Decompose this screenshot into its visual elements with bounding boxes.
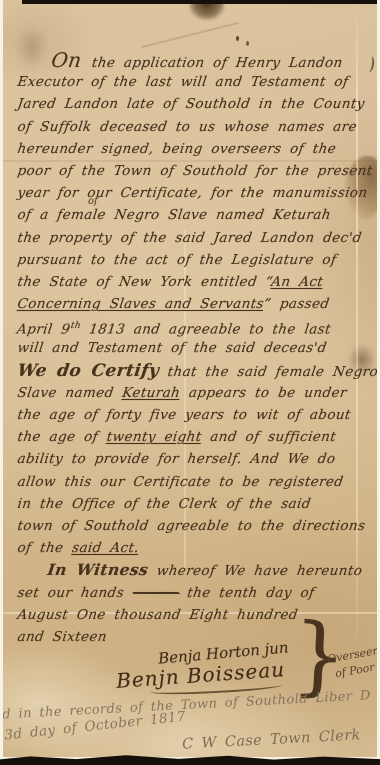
photo-edge-left — [0, 0, 3, 765]
manuscript-line: year for our Certificate, for the manumi… — [16, 182, 377, 204]
manuscript-line: in the Office of the Clerk of the said — [16, 493, 377, 515]
manuscript-line: Slave named Keturah appears to be under — [16, 382, 377, 404]
manuscript-line: set our hands ———— the tenth day of — [16, 582, 377, 604]
manuscript-line: poor of the Town of Southold for the pre… — [16, 160, 377, 182]
manuscript-line: April 9th 1813 and agreeable to the last — [16, 315, 377, 337]
manuscript-line: Executor of the last will and Testament … — [16, 71, 377, 93]
manuscript-line: hereunder signed, being overseers of the — [16, 138, 377, 160]
manuscript-line: pursuant to the act of the Legislature o… — [16, 249, 377, 271]
manuscript-line: We do Certify that the said female Negro — [16, 360, 377, 382]
manuscript-line: of a female Negro Slave named Keturah — [16, 204, 377, 226]
manuscript-line: Concerning Slaves and Servants” passed — [16, 293, 377, 315]
manuscript-line: allow this our Certificate to be registe… — [16, 471, 377, 493]
manuscript-line: town of Southold agreeable to the direct… — [16, 515, 377, 537]
manuscript-line: On the application of Henry Landon — [16, 49, 377, 71]
manuscript-line: Jared Landon late of Southold in the Cou… — [16, 93, 377, 115]
manuscript-line: the property of the said Jared Landon de… — [16, 227, 377, 249]
manuscript-lines: On the application of Henry LandonExecut… — [16, 49, 374, 648]
manuscript-line: In Witness whereof We have hereunto — [16, 559, 377, 581]
manuscript-line: the age of forty five years to wit of ab… — [16, 404, 377, 426]
manuscript-line: ability to provide for herself. And We d… — [16, 448, 377, 470]
document-photo: On the application of Henry LandonExecut… — [0, 0, 380, 765]
manuscript-line: the State of New York entitled “An Act — [16, 271, 377, 293]
manuscript-line: of the said Act. — [16, 537, 377, 559]
manuscript-line: of Suffolk deceased to us whose names ar… — [16, 116, 377, 138]
manuscript-line: will and Testament of the said deceas'd — [16, 337, 377, 359]
photo-edge-top — [22, 0, 380, 4]
interlinear-insertion: of — [88, 196, 98, 207]
manuscript-line: the age of twenty eight and of sufficien… — [16, 426, 377, 448]
